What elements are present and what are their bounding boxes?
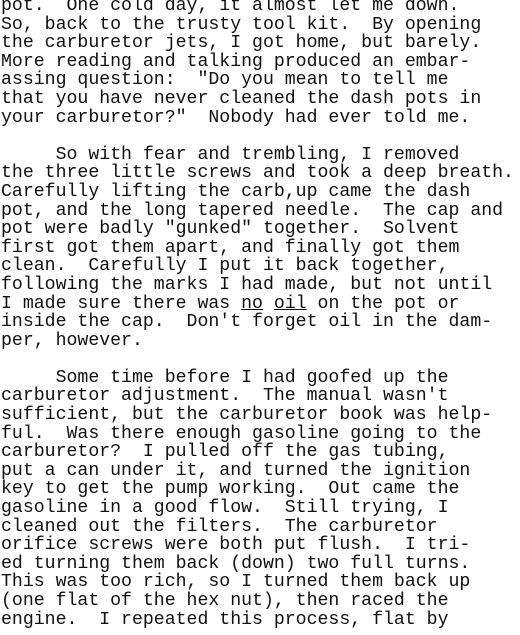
text-line: carburetor adjustment. The manual wasn't	[1, 387, 520, 406]
paragraph-adjustment: Some time before I had goofed up the car…	[1, 369, 520, 629]
document-page: pot. One cold day, it almost let me down…	[1, 0, 520, 629]
text-line: cleaned out the filters. The carburetor	[1, 518, 520, 537]
text-line: So with fear and trembling, I removed	[1, 146, 520, 165]
text-line: sufficient, but the carburetor book was …	[1, 406, 520, 425]
text-line: pot were badly "gunked" together. Solven…	[1, 220, 520, 239]
text-line: More reading and talking produced an emb…	[1, 53, 520, 72]
text-line: carburetor? I pulled off the gas tubing,	[1, 443, 520, 462]
text-line: Some time before I had goofed up the	[1, 369, 520, 388]
text-line: pot, and the long tapered needle. The ca…	[1, 202, 520, 221]
text-line: inside the cap. Don't forget oil in the …	[1, 313, 520, 332]
text-line: following the marks I had made, but not …	[1, 276, 520, 295]
text-line: your carburetor?" Nobody had ever told m…	[1, 109, 520, 128]
text-line-underlined: I made sure there was no oil on the pot …	[1, 295, 520, 314]
text-line: Carefully lifting the carb,up came the d…	[1, 183, 520, 202]
text-segment: I made sure there was	[1, 294, 241, 314]
text-line: the three little screws and took a deep …	[1, 164, 520, 183]
text-line: the carburetor jets, I got home, but bar…	[1, 34, 520, 53]
text-line: put a can under it, and turned the ignit…	[1, 462, 520, 481]
text-segment	[263, 294, 274, 314]
text-line: pot. One cold day, it almost let me down…	[1, 0, 520, 16]
text-line: first got them apart, and finally got th…	[1, 239, 520, 258]
text-line: So, back to the trusty tool kit. By open…	[1, 16, 520, 35]
paragraph-cleaning: So with fear and trembling, I removed th…	[1, 146, 520, 351]
text-line: per, however.	[1, 332, 520, 351]
underlined-word-no: no	[241, 294, 263, 314]
text-line: orifice screws were both put flush. I tr…	[1, 536, 520, 555]
text-line: clean. Carefully I put it back together,	[1, 257, 520, 276]
text-line: gasoline in a good flow. Still trying, I	[1, 499, 520, 518]
text-line: that you have never cleaned the dash pot…	[1, 90, 520, 109]
text-line: ed turning them back (down) two full tur…	[1, 555, 520, 574]
paragraph-dash-pots: pot. One cold day, it almost let me down…	[1, 0, 520, 127]
text-line: ful. Was there enough gasoline going to …	[1, 425, 520, 444]
text-segment: on the pot or	[307, 294, 460, 314]
text-line: This was too rich, so I turned them back…	[1, 573, 520, 592]
underlined-word-oil: oil	[274, 294, 307, 314]
text-line: assing question: "Do you mean to tell me	[1, 71, 520, 90]
text-line: engine. I repeated this process, flat by	[1, 611, 520, 630]
text-line: (one flat of the hex nut), then raced th…	[1, 592, 520, 611]
text-line: key to get the pump working. Out came th…	[1, 480, 520, 499]
